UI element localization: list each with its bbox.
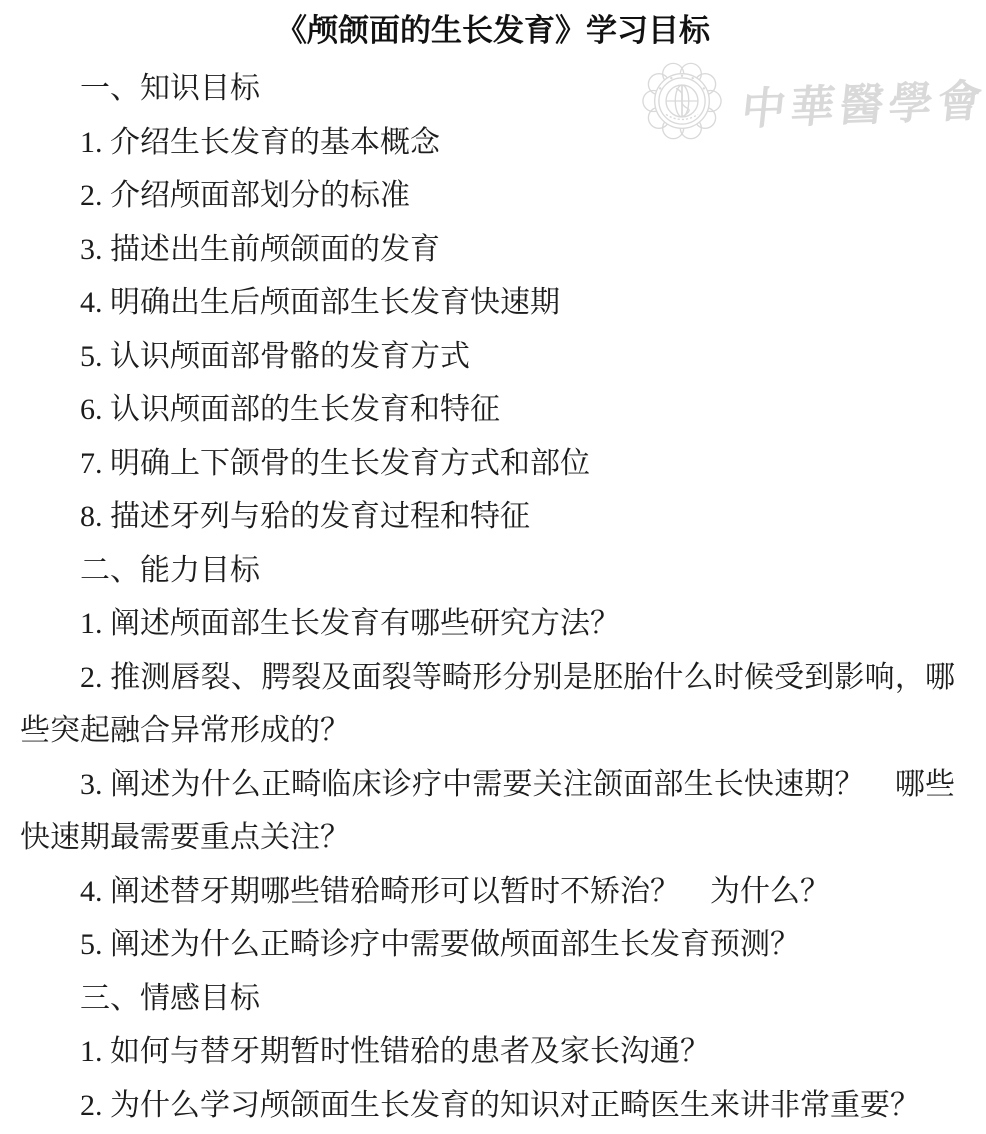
ability-item-5: 5. 阐述为什么正畸诊疗中需要做颅面部生长发育预测？ — [20, 918, 955, 972]
knowledge-item-7: 7. 明确上下颌骨的生长发育方式和部位 — [20, 437, 955, 491]
objectives-content: 一、知识目标 1. 介绍生长发育的基本概念 2. 介绍颅面部划分的标准 3. 描… — [0, 62, 955, 1132]
ability-item-2: 2. 推测唇裂、腭裂及面裂等畸形分别是胚胎什么时候受到影响，哪些突起融合异常形成… — [20, 651, 955, 758]
section-heading-knowledge: 一、知识目标 — [20, 62, 955, 116]
knowledge-item-4: 4. 明确出生后颅面部生长发育快速期 — [20, 276, 955, 330]
knowledge-item-1: 1. 介绍生长发育的基本概念 — [20, 116, 955, 170]
ability-item-3: 3. 阐述为什么正畸临床诊疗中需要关注颌面部生长快速期？ 哪些快速期最需要重点关… — [20, 758, 955, 865]
knowledge-item-8: 8. 描述牙列与𬌗的发育过程和特征 — [20, 490, 955, 544]
book-page: 中華醫學會 《颅颌面的生长发育》学习目标 一、知识目标 1. 介绍生长发育的基本… — [0, 0, 986, 1134]
knowledge-item-5: 5. 认识颅面部骨骼的发育方式 — [20, 330, 955, 384]
section-heading-ability: 二、能力目标 — [20, 544, 955, 598]
knowledge-item-2: 2. 介绍颅面部划分的标准 — [20, 169, 955, 223]
knowledge-item-6: 6. 认识颅面部的生长发育和特征 — [20, 383, 955, 437]
affective-item-2: 2. 为什么学习颅颌面生长发育的知识对正畸医生来讲非常重要？ — [20, 1079, 955, 1133]
ability-item-4: 4. 阐述替牙期哪些错𬌗畸形可以暂时不矫治？ 为什么？ — [20, 865, 955, 919]
affective-item-1: 1. 如何与替牙期暂时性错𬌗的患者及家长沟通？ — [20, 1025, 955, 1079]
page-title: 《颅颌面的生长发育》学习目标 — [0, 0, 986, 50]
section-heading-affective: 三、情感目标 — [20, 972, 955, 1026]
knowledge-item-3: 3. 描述出生前颅颌面的发育 — [20, 223, 955, 277]
ability-item-1: 1. 阐述颅面部生长发育有哪些研究方法？ — [20, 597, 955, 651]
